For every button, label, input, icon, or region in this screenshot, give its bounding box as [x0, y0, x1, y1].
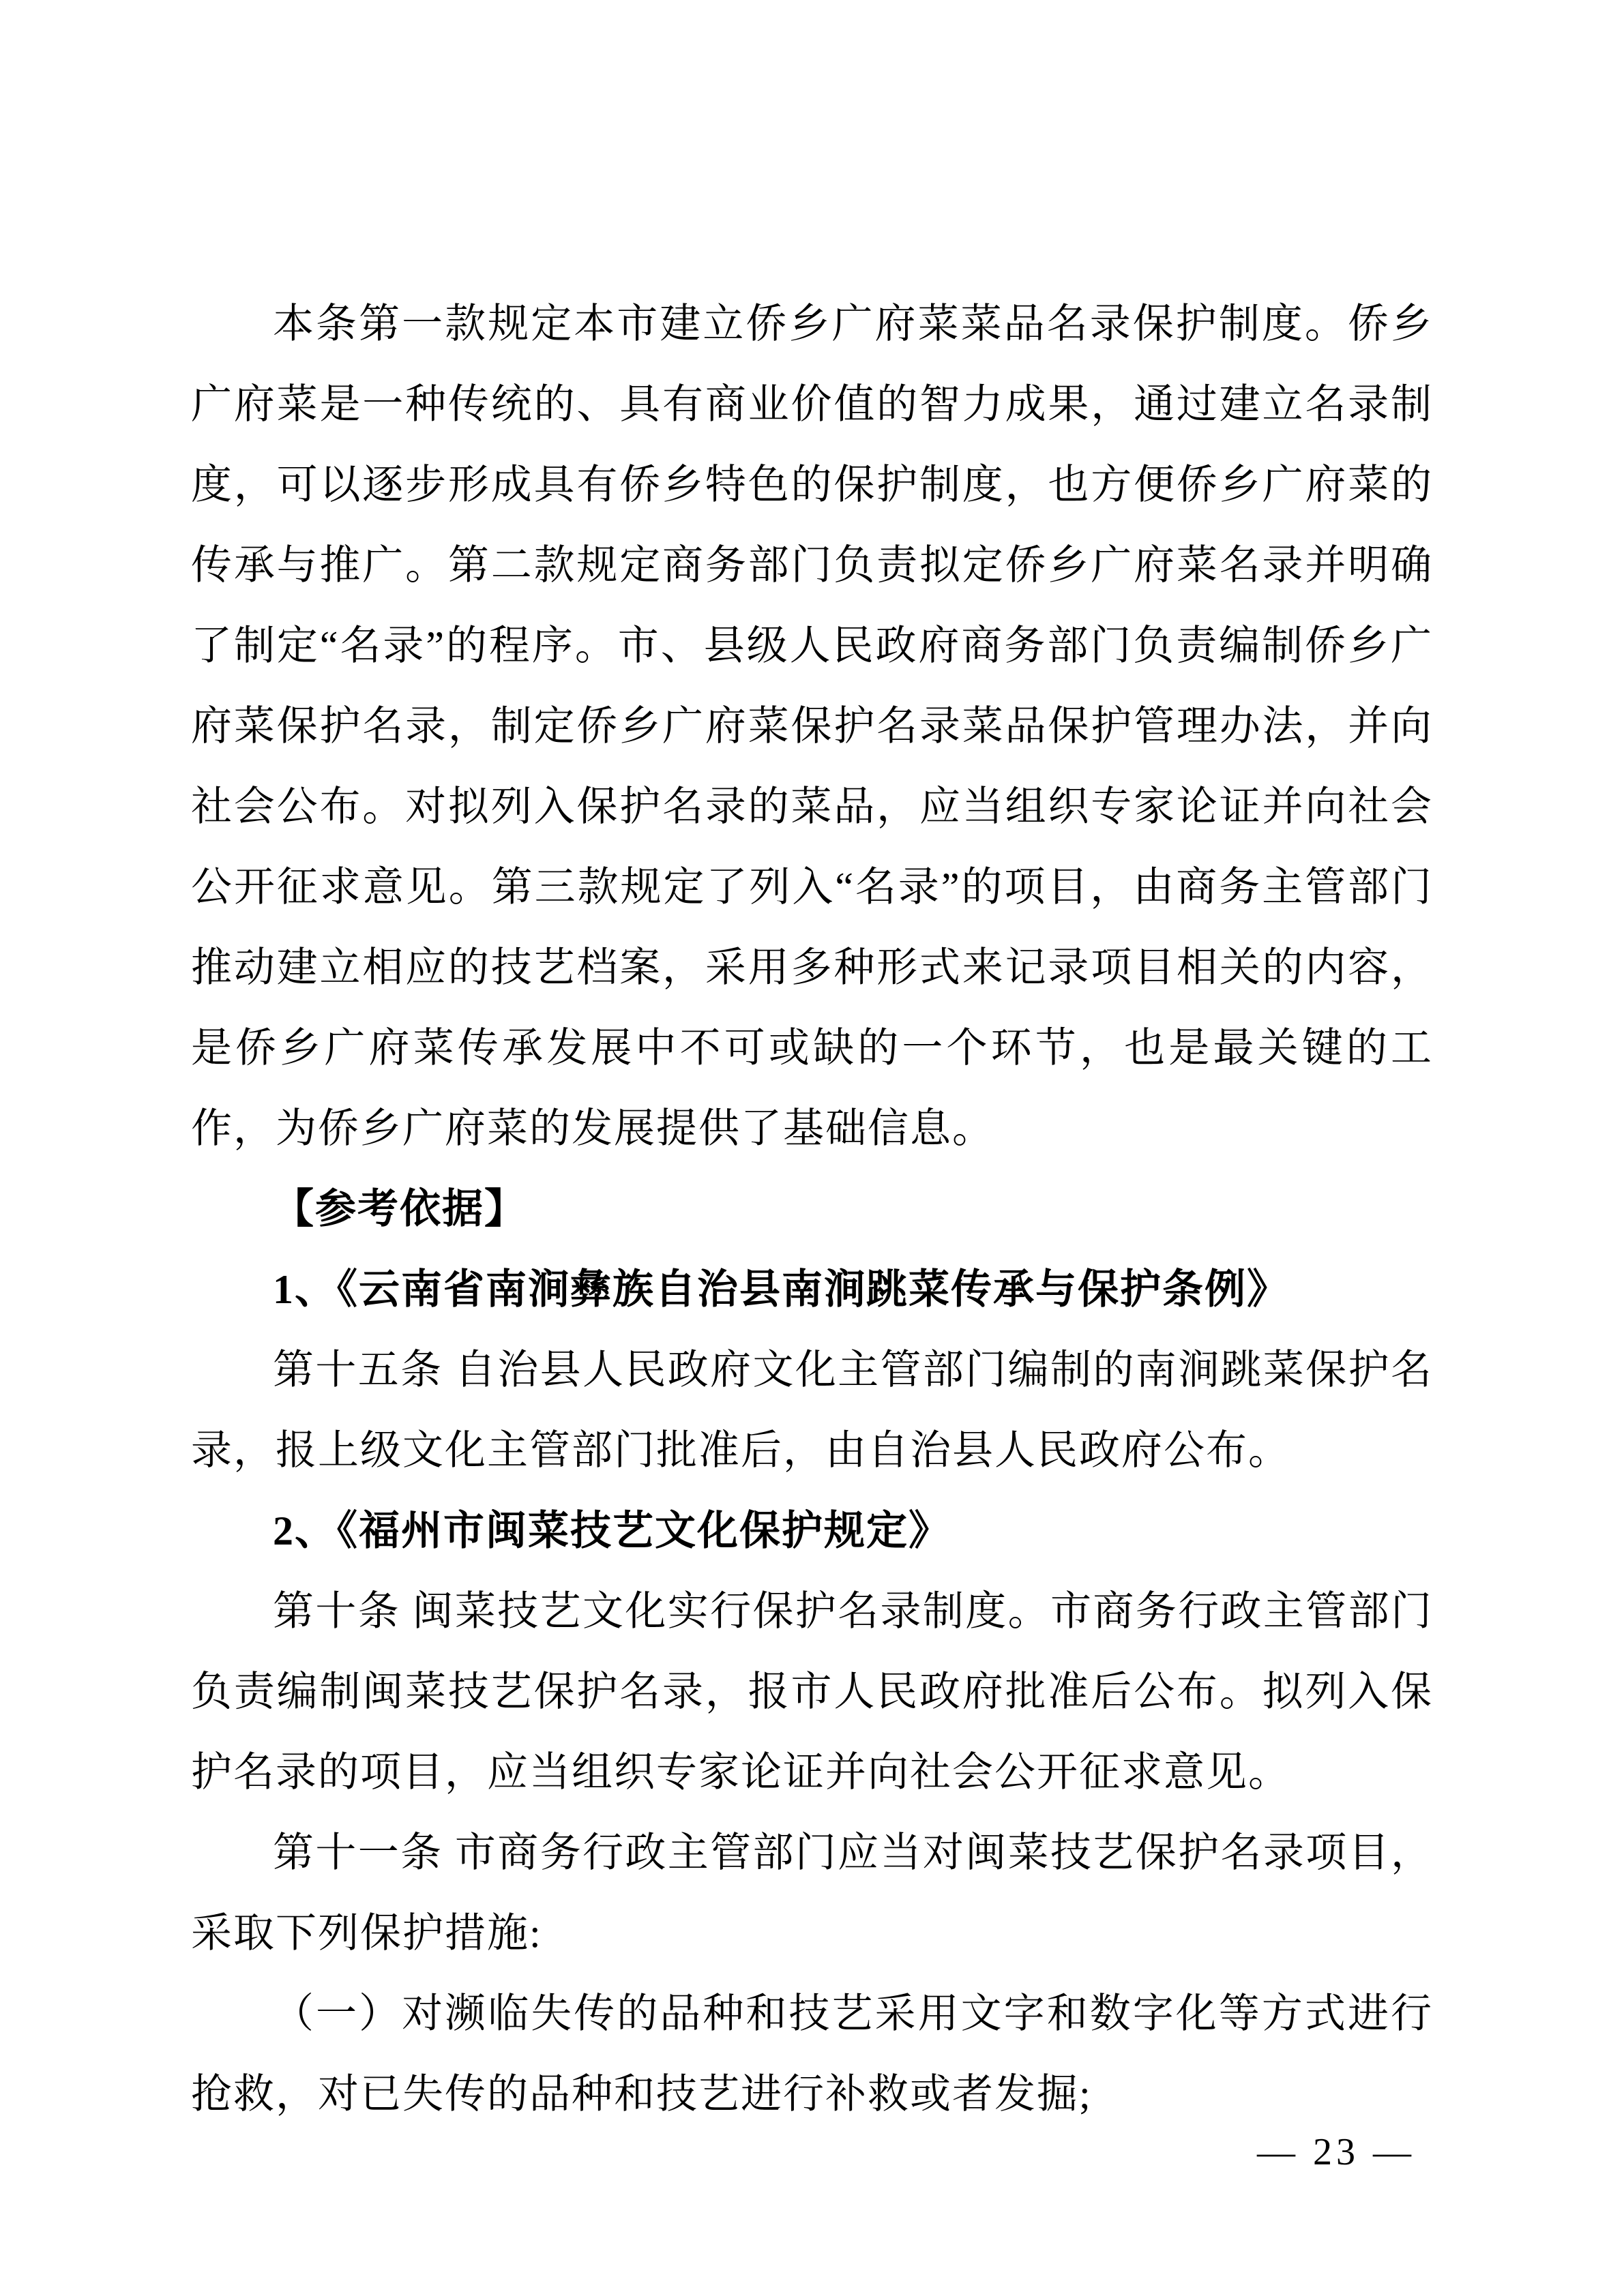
heading-reference-basis: 【参考依据】 — [191, 1169, 1433, 1249]
document-body: 本条第一款规定本市建立侨乡广府菜菜品名录保护制度。侨乡广府菜是一种传统的、具有商… — [191, 284, 1433, 2134]
document-page: 本条第一款规定本市建立侨乡广府菜菜品名录保护制度。侨乡广府菜是一种传统的、具有商… — [0, 0, 1624, 2296]
reference-2-article-10: 第十条 闽菜技艺文化实行保护名录制度。市商务行政主管部门负责编制闽菜技艺保护名录… — [191, 1571, 1433, 1813]
reference-2-title: 2、《福州市闽菜技艺文化保护规定》 — [191, 1491, 1433, 1571]
reference-1-title: 1、《云南省南涧彝族自治县南涧跳菜传承与保护条例》 — [191, 1249, 1433, 1330]
page-number: — 23 — — [1257, 2132, 1415, 2173]
reference-2-item-1: （一）对濒临失传的品种和技艺采用文字和数字化等方式进行抢救，对已失传的品种和技艺… — [191, 1973, 1433, 2134]
reference-1-article-15: 第十五条 自治县人民政府文化主管部门编制的南涧跳菜保护名录，报上级文化主管部门批… — [191, 1330, 1433, 1491]
reference-2-article-11: 第十一条 市商务行政主管部门应当对闽菜技艺保护名录项目，采取下列保护措施: — [191, 1813, 1433, 1973]
paragraph-commentary: 本条第一款规定本市建立侨乡广府菜菜品名录保护制度。侨乡广府菜是一种传统的、具有商… — [191, 284, 1433, 1169]
